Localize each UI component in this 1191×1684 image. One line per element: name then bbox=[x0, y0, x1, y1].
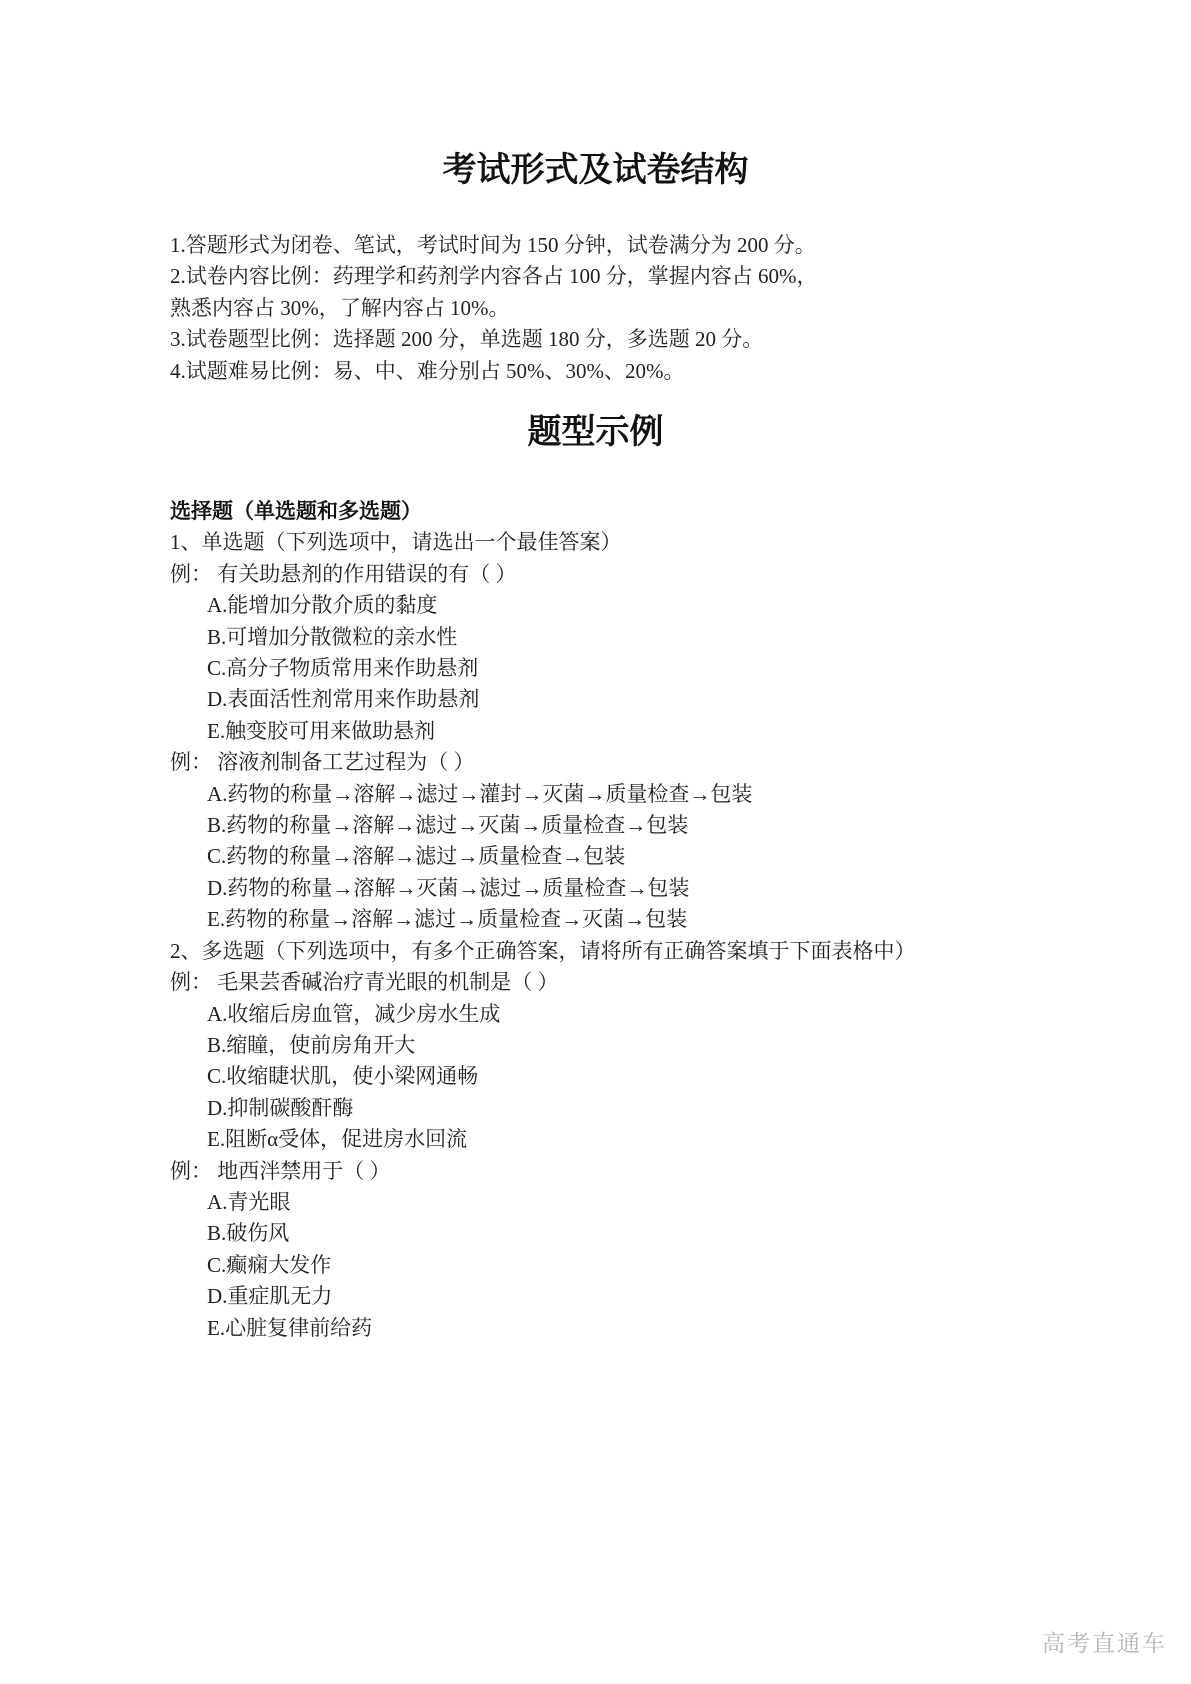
intro-line: 1.答题形式为闭卷、笔试，考试时间为 150 分钟，试卷满分为 200 分。 bbox=[170, 230, 1131, 261]
option-line: B.破伤风 bbox=[170, 1218, 1131, 1249]
option-line: E.阻断α受体，促进房水回流 bbox=[170, 1124, 1131, 1155]
option-line: D.重症肌无力 bbox=[170, 1281, 1131, 1312]
option-line: A.收缩后房血管，减少房水生成 bbox=[170, 999, 1131, 1030]
option-line: C.高分子物质常用来作助悬剂 bbox=[170, 653, 1131, 684]
option-line: D.药物的称量→溶解→灭菌→滤过→质量检查→包装 bbox=[170, 873, 1131, 904]
intro-line: 2.试卷内容比例：药理学和药剂学内容各占 100 分，掌握内容占 60%， bbox=[170, 261, 1131, 292]
option-line: C.癫痫大发作 bbox=[170, 1250, 1131, 1281]
option-line: E.药物的称量→溶解→滤过→质量检查→灭菌→包装 bbox=[170, 904, 1131, 935]
option-line: D.表面活性剂常用来作助悬剂 bbox=[170, 684, 1131, 715]
question-line: 例： 地西泮禁用于（ ） bbox=[170, 1156, 1131, 1187]
option-line: A.药物的称量→溶解→滤过→灌封→灭菌→质量检查→包装 bbox=[170, 779, 1131, 810]
intro-line: 3.试卷题型比例：选择题 200 分，单选题 180 分，多选题 20 分。 bbox=[170, 324, 1131, 355]
page-title: 考试形式及试卷结构 bbox=[0, 150, 1191, 192]
question-line: 1、单选题（下列选项中，请选出一个最佳答案） bbox=[170, 527, 1131, 558]
question-line: 例： 毛果芸香碱治疗青光眼的机制是（ ） bbox=[170, 967, 1131, 998]
document-page: 考试形式及试卷结构 1.答题形式为闭卷、笔试，考试时间为 150 分钟，试卷满分… bbox=[0, 0, 1191, 1684]
option-line: C.收缩睫状肌，使小梁网通畅 bbox=[170, 1061, 1131, 1092]
option-line: B.可增加分散微粒的亲水性 bbox=[170, 622, 1131, 653]
option-line: E.触变胶可用来做助悬剂 bbox=[170, 716, 1131, 747]
examples-section-title: 题型示例 bbox=[0, 412, 1191, 454]
option-line: A.能增加分散介质的黏度 bbox=[170, 590, 1131, 621]
option-line: D.抑制碳酸酐酶 bbox=[170, 1093, 1131, 1124]
option-line: A.青光眼 bbox=[170, 1187, 1131, 1218]
exam-structure-intro: 1.答题形式为闭卷、笔试，考试时间为 150 分钟，试卷满分为 200 分。2.… bbox=[170, 230, 1131, 387]
question-examples-body: 选择题（单选题和多选题）1、单选题（下列选项中，请选出一个最佳答案）例： 有关助… bbox=[170, 496, 1131, 1344]
intro-line: 4.试题难易比例：易、中、难分别占 50%、30%、20%。 bbox=[170, 356, 1131, 387]
option-line: E.心脏复律前给药 bbox=[170, 1313, 1131, 1344]
section-heading: 选择题（单选题和多选题） bbox=[170, 496, 1131, 527]
question-line: 2、多选题（下列选项中，有多个正确答案，请将所有正确答案填于下面表格中） bbox=[170, 936, 1131, 967]
question-line: 例： 溶液剂制备工艺过程为（ ） bbox=[170, 747, 1131, 778]
option-line: C.药物的称量→溶解→滤过→质量检查→包装 bbox=[170, 841, 1131, 872]
option-line: B.药物的称量→溶解→滤过→灭菌→质量检查→包装 bbox=[170, 810, 1131, 841]
question-line: 例： 有关助悬剂的作用错误的有（ ） bbox=[170, 559, 1131, 590]
option-line: B.缩瞳，使前房角开大 bbox=[170, 1030, 1131, 1061]
watermark-text: 高考直通车 bbox=[1042, 1625, 1167, 1658]
intro-line: 熟悉内容占 30%，了解内容占 10%。 bbox=[170, 293, 1131, 324]
